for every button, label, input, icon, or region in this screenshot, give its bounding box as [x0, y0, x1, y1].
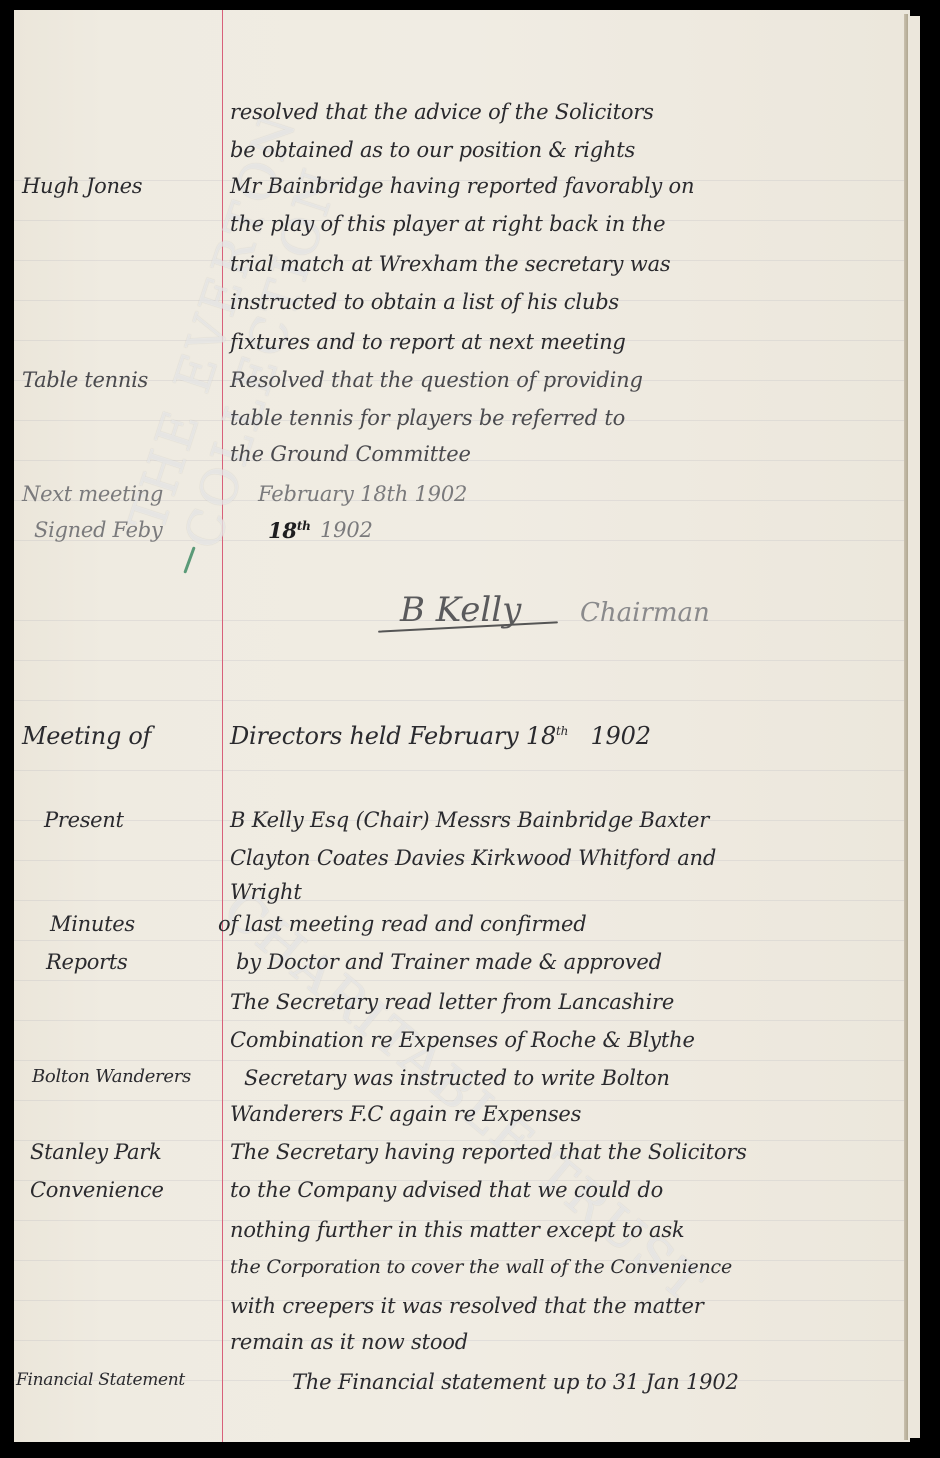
margin-label: Next meeting	[22, 482, 218, 506]
line-text: fixtures and to report at next meeting	[230, 330, 900, 354]
line-text: The Secretary read letter from Lancashir…	[230, 990, 900, 1014]
line-text: The Financial statement up to 31 Jan 190…	[292, 1370, 940, 1394]
line-text: Secretary was instructed to write Bolton	[244, 1066, 914, 1090]
minute-line: Convenience to the Company advised that …	[0, 1178, 940, 1218]
chairman-title: Chairman	[580, 598, 710, 628]
minute-line: the Ground Committee	[0, 442, 940, 482]
meeting-text: Directors held February 18th 1902	[230, 722, 900, 750]
line-text: the Corporation to cover the wall of the…	[230, 1256, 900, 1278]
meeting-title: Directors held February 18	[230, 722, 556, 750]
line-text: be obtained as to our position & rights	[230, 138, 900, 162]
minute-line: the Corporation to cover the wall of the…	[0, 1256, 940, 1296]
meeting-label: Meeting of	[22, 722, 218, 750]
line-text: trial match at Wrexham the secretary was	[230, 252, 900, 276]
meeting-day-suffix: th	[556, 724, 568, 738]
line-text: by Doctor and Trainer made & approved	[236, 950, 906, 974]
ruled-line	[14, 700, 904, 701]
line-text: B Kelly Esq (Chair) Messrs Bainbridge Ba…	[230, 808, 900, 832]
minute-line: Financial Statement The Financial statem…	[0, 1370, 940, 1410]
minute-line: remain as it now stood	[0, 1330, 940, 1370]
minute-line: the play of this player at right back in…	[0, 212, 940, 252]
minute-line: with creepers it was resolved that the m…	[0, 1294, 940, 1334]
line-text: Clayton Coates Davies Kirkwood Whitford …	[230, 846, 900, 870]
day-suffix: th	[297, 519, 311, 533]
line-text: February 18th 1902	[258, 482, 928, 506]
minute-line: Table tennis Resolved that the question …	[0, 368, 940, 408]
minute-line: Present B Kelly Esq (Chair) Messrs Bainb…	[0, 808, 940, 848]
signed-year: 1902	[320, 518, 940, 542]
ruled-line	[14, 770, 904, 771]
minute-line: Combination re Expenses of Roche & Blyth…	[0, 1028, 940, 1068]
minute-line: Wanderers F.C again re Expenses	[0, 1102, 940, 1142]
minute-line: Reports by Doctor and Trainer made & app…	[0, 950, 940, 990]
line-text: the play of this player at right back in…	[230, 212, 900, 236]
line-text: Wright	[230, 880, 900, 904]
ruled-line	[14, 660, 904, 661]
line-text: instructed to obtain a list of his clubs	[230, 290, 900, 314]
minute-line: instructed to obtain a list of his clubs	[0, 290, 940, 330]
margin-label: Minutes	[50, 912, 246, 936]
minute-line: trial match at Wrexham the secretary was	[0, 252, 940, 292]
minute-line: resolved that the advice of the Solicito…	[0, 100, 940, 140]
meeting-header: Meeting of Directors held February 18th …	[0, 722, 940, 762]
day-number: 18	[268, 518, 297, 543]
line-text: The Secretary having reported that the S…	[230, 1140, 900, 1164]
minute-line: Minutes of last meeting read and confirm…	[0, 912, 940, 952]
line-text: table tennis for players be referred to	[230, 406, 900, 430]
minute-line: Hugh Jones Mr Bainbridge having reported…	[0, 174, 940, 214]
meeting-year: 1902	[590, 722, 650, 750]
minute-line: be obtained as to our position & rights	[0, 138, 940, 178]
line-text: remain as it now stood	[230, 1330, 900, 1354]
line-text: with creepers it was resolved that the m…	[230, 1294, 900, 1318]
signed-label: Signed Feby	[34, 518, 230, 542]
line-text: resolved that the advice of the Solicito…	[230, 100, 900, 124]
line-text: of last meeting read and confirmed	[218, 912, 888, 936]
minute-line: Next meeting February 18th 1902	[0, 482, 940, 522]
line-text: the Ground Committee	[230, 442, 900, 466]
margin-label: Bolton Wanderers	[32, 1066, 228, 1087]
minute-line: fixtures and to report at next meeting	[0, 330, 940, 370]
margin-label: Table tennis	[22, 368, 218, 392]
line-text: Combination re Expenses of Roche & Blyth…	[230, 1028, 900, 1052]
minute-line: Stanley Park The Secretary having report…	[0, 1140, 940, 1180]
minute-line: table tennis for players be referred to	[0, 406, 940, 446]
margin-label: Present	[44, 808, 240, 832]
margin-label: Reports	[46, 950, 242, 974]
minute-line: nothing further in this matter except to…	[0, 1218, 940, 1258]
margin-label: Stanley Park	[30, 1140, 226, 1164]
line-text: Wanderers F.C again re Expenses	[230, 1102, 900, 1126]
minute-line: Bolton Wanderers Secretary was instructe…	[0, 1066, 940, 1106]
line-text: to the Company advised that we could do	[230, 1178, 900, 1202]
margin-label: Convenience	[30, 1178, 226, 1202]
line-text: nothing further in this matter except to…	[230, 1218, 900, 1242]
margin-label: Financial Statement	[16, 1370, 212, 1390]
margin-label: Hugh Jones	[22, 174, 218, 198]
minute-line: The Secretary read letter from Lancashir…	[0, 990, 940, 1030]
line-text: Mr Bainbridge having reported favorably …	[230, 174, 900, 198]
signed-line: Signed Feby 18th 1902	[0, 518, 940, 558]
line-text: Resolved that the question of providing	[230, 368, 900, 392]
